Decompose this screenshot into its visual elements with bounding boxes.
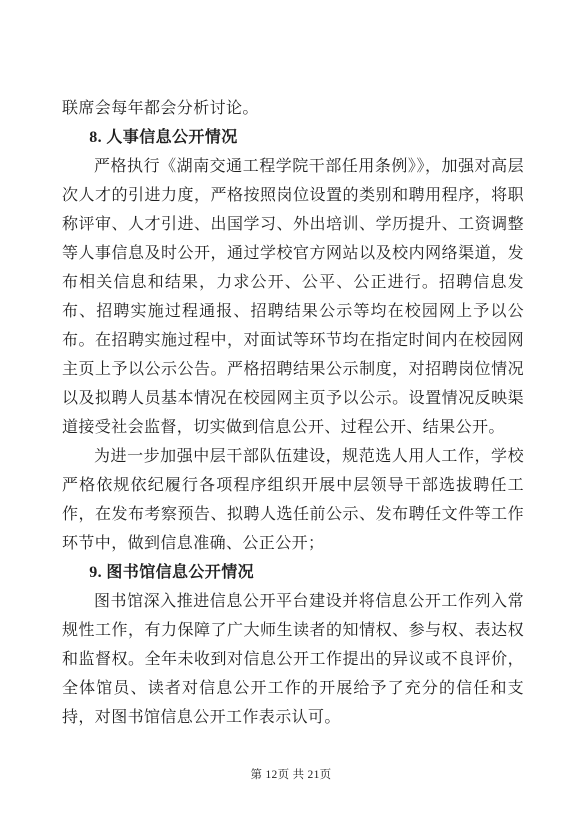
paragraph-continuation: 联席会每年都会分析讨论。 <box>62 94 524 123</box>
section-8-paragraph-2: 为进一步加强中层干部队伍建设，规范选人用人工作，学校严格依规依纪履行各项程序组织… <box>62 442 524 558</box>
section-9-heading: 9. 图书馆信息公开情况 <box>62 558 524 587</box>
document-page: 联席会每年都会分析讨论。 8. 人事信息公开情况 严格执行《湖南交通工程学院干部… <box>0 0 582 828</box>
section-8-heading: 8. 人事信息公开情况 <box>62 123 524 152</box>
section-9-paragraph-1: 图书馆深入推进信息公开平台建设并将信息公开工作列入常规性工作，有力保障了广大师生… <box>62 587 524 732</box>
section-8-paragraph-1: 严格执行《湖南交通工程学院干部任用条例》》，加强对高层次人才的引进力度，严格按照… <box>62 152 524 442</box>
page-number-footer: 第 12页 共 21页 <box>0 766 582 782</box>
